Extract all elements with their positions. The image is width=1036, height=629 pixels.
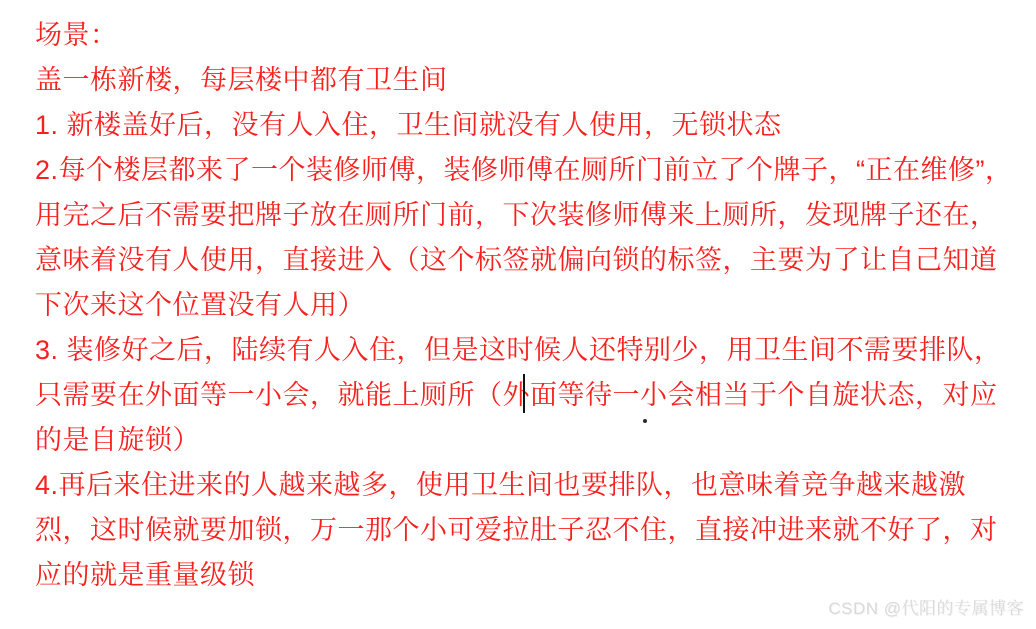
- doc-line: 的是自旋锁）: [35, 418, 1025, 463]
- doc-line: 3. 装修好之后，陆续有人入住，但是这时候人还特别少，用卫生间不需要排队，: [35, 328, 1025, 373]
- doc-line: 2.每个楼层都来了一个装修师傅，装修师傅在厕所门前立了个牌子，“正在维修”，: [35, 148, 1025, 193]
- doc-line: 场景：: [35, 13, 1025, 58]
- text-cursor-caret: [523, 374, 525, 413]
- doc-line: 用完之后不需要把牌子放在厕所门前，下次装修师傅来上厕所，发现牌子还在，: [35, 193, 1025, 238]
- doc-line: 应的就是重量级锁: [35, 553, 1025, 598]
- stray-dot: [643, 419, 647, 423]
- doc-line: 意味着没有人使用，直接进入（这个标签就偏向锁的标签，主要为了让自己知道: [35, 238, 1025, 283]
- csdn-watermark: CSDN @代阳的专属博客: [828, 594, 1024, 619]
- doc-line: 1. 新楼盖好后，没有人入住，卫生间就没有人使用，无锁状态: [35, 103, 1025, 148]
- doc-line: 只需要在外面等一小会，就能上厕所（外面等待一小会相当于个自旋状态，对应: [35, 373, 1025, 418]
- doc-line: 烈，这时候就要加锁，万一那个小可爱拉肚子忍不住，直接冲进来就不好了，对: [35, 508, 1025, 553]
- doc-line: 盖一栋新楼，每层楼中都有卫生间: [35, 58, 1025, 103]
- doc-line: 4.再后来住进来的人越来越多，使用卫生间也要排队，也意味着竞争越来越激: [35, 463, 1025, 508]
- text-editor[interactable]: 场景： 盖一栋新楼，每层楼中都有卫生间 1. 新楼盖好后，没有人入住，卫生间就没…: [35, 13, 1025, 598]
- doc-line: 下次来这个位置没有人用）: [35, 283, 1025, 328]
